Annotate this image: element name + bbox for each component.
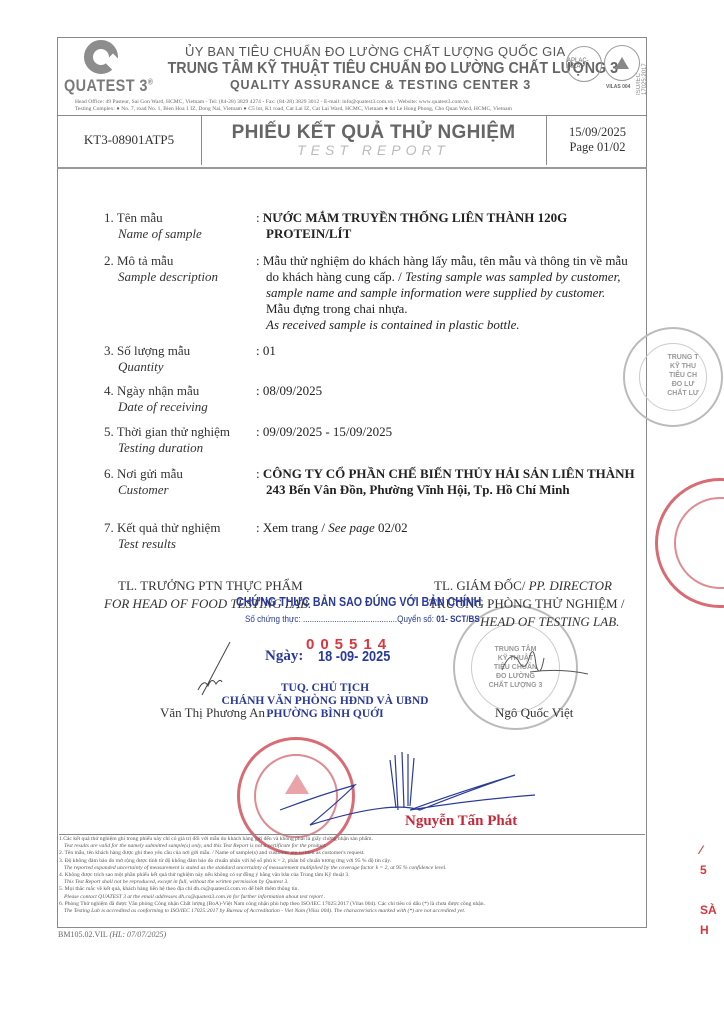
iso-vertical-label: ISO/IEC 17025:2017	[636, 40, 648, 95]
note-1: 1.Các kết quả thử nghiệm ghi trong phiếu…	[59, 836, 645, 843]
right-signer-name: Ngô Quốc Việt	[495, 705, 573, 721]
sample-name: NƯỚC MẮM TRUYỀN THỐNG LIÊN THÀNH 120G	[263, 210, 567, 225]
left-signer-title: TL. TRƯỞNG PTN THỰC PHẨM	[118, 578, 303, 594]
note-2: 2. Tên mẫu, tên khách hàng được ghi theo…	[59, 850, 645, 857]
aplac-mra-badge-icon: APLAC-MRA	[566, 46, 602, 82]
header-agency: ỦY BAN TIÊU CHUẨN ĐO LƯỜNG CHẤT LƯỢNG QU…	[185, 44, 555, 59]
quatest-stamp-right: TRUNG TKỸ THUTIÊU CHĐO LƯCHẤT LƯ	[623, 327, 723, 427]
quantity-value: 01	[263, 343, 276, 358]
note-6: 6. Phòng Thử nghiệm đã được Văn phòng Cô…	[59, 901, 645, 908]
date-receiving-value: 08/09/2025	[263, 383, 322, 398]
note-3: 3. Độ không đảm bảo đo mở rộng được tính…	[59, 858, 645, 865]
right-signer-title-3: HEAD OF TESTING LAB.	[480, 614, 619, 630]
logo-q-icon	[84, 40, 118, 74]
title-row: KT3-08901ATP5 PHIẾU KẾT QUẢ THỬ NGHIỆM T…	[57, 115, 647, 165]
certification-heading: CHỨNG THỰC BẢN SAO ĐÚNG VỚI BẢN CHÍNH	[236, 594, 481, 609]
certification-date: 18 -09- 2025	[318, 648, 390, 665]
left-signer-name: Văn Thị Phương An	[160, 705, 265, 721]
notes-section: 1.Các kết quả thử nghiệm ghi trong phiếu…	[59, 834, 645, 915]
signature-blue-icon	[270, 740, 540, 840]
right-signer-title: TL. GIÁM ĐỐC/ PP. DIRECTOR	[434, 578, 612, 594]
testing-duration-value: 09/09/2025 - 15/09/2025	[263, 424, 392, 439]
header-center-name-en: QUALITY ASSURANCE & TESTING CENTER 3	[230, 78, 530, 92]
page-number: Page 01/02	[570, 140, 626, 155]
report-date-page: 15/09/2025 Page 01/02	[546, 115, 648, 165]
signature-left-icon	[190, 640, 250, 700]
note-4: 4. Không được trích sao một phần phiếu k…	[59, 872, 645, 879]
form-code: BM105.02.VIL (HL: 07/07/2025)	[58, 930, 166, 939]
report-title: PHIẾU KẾT QUẢ THỬ NGHIỆM TEST REPORT	[201, 115, 546, 165]
logo-text: QUATEST 3	[64, 76, 148, 95]
report-date: 15/09/2025	[569, 125, 626, 140]
report-id: KT3-08901ATP5	[57, 115, 202, 165]
partial-red-stamp-margin: ⁄5SÀH	[700, 840, 720, 940]
certification-number-line: Số chứng thực: .........................…	[245, 614, 480, 625]
report-title-vi: PHIẾU KẾT QUẢ THỬ NGHIỆM	[201, 122, 546, 144]
certification-date-label: Ngày:	[265, 648, 303, 665]
report-title-en: TEST REPORT	[201, 142, 546, 158]
signature-right-icon	[500, 640, 590, 690]
title-divider	[57, 167, 647, 169]
vilas-label: VILAS 004	[606, 84, 630, 90]
quatest3-logo: QUATEST 3®	[64, 40, 144, 96]
sample-description: : Mẫu thử nghiệm do khách hàng lấy mẫu, …	[256, 253, 636, 333]
boa-badge-icon	[604, 45, 640, 81]
head-office-address: Head Office: 49 Pasteur, Sai Gon Ward, H…	[75, 99, 469, 105]
note-5: 5. Mọi thắc mắc về kết quả, khách hàng l…	[59, 886, 645, 893]
red-stamp-right	[655, 478, 724, 608]
customer-address: 243 Bến Vân Đồn, Phường Vĩnh Hội, Tp. Hồ…	[256, 482, 636, 498]
testing-complex-address: Testing Complex: ● No. 7, road No. 1, Bi…	[75, 106, 512, 112]
customer-name: CÔNG TY CỔ PHẦN CHẾ BIẾN THỦY HẢI SẢN LI…	[263, 466, 635, 481]
header-center-name: TRUNG TÂM KỸ THUẬT TIÊU CHUẨN ĐO LƯỜNG C…	[168, 60, 573, 78]
